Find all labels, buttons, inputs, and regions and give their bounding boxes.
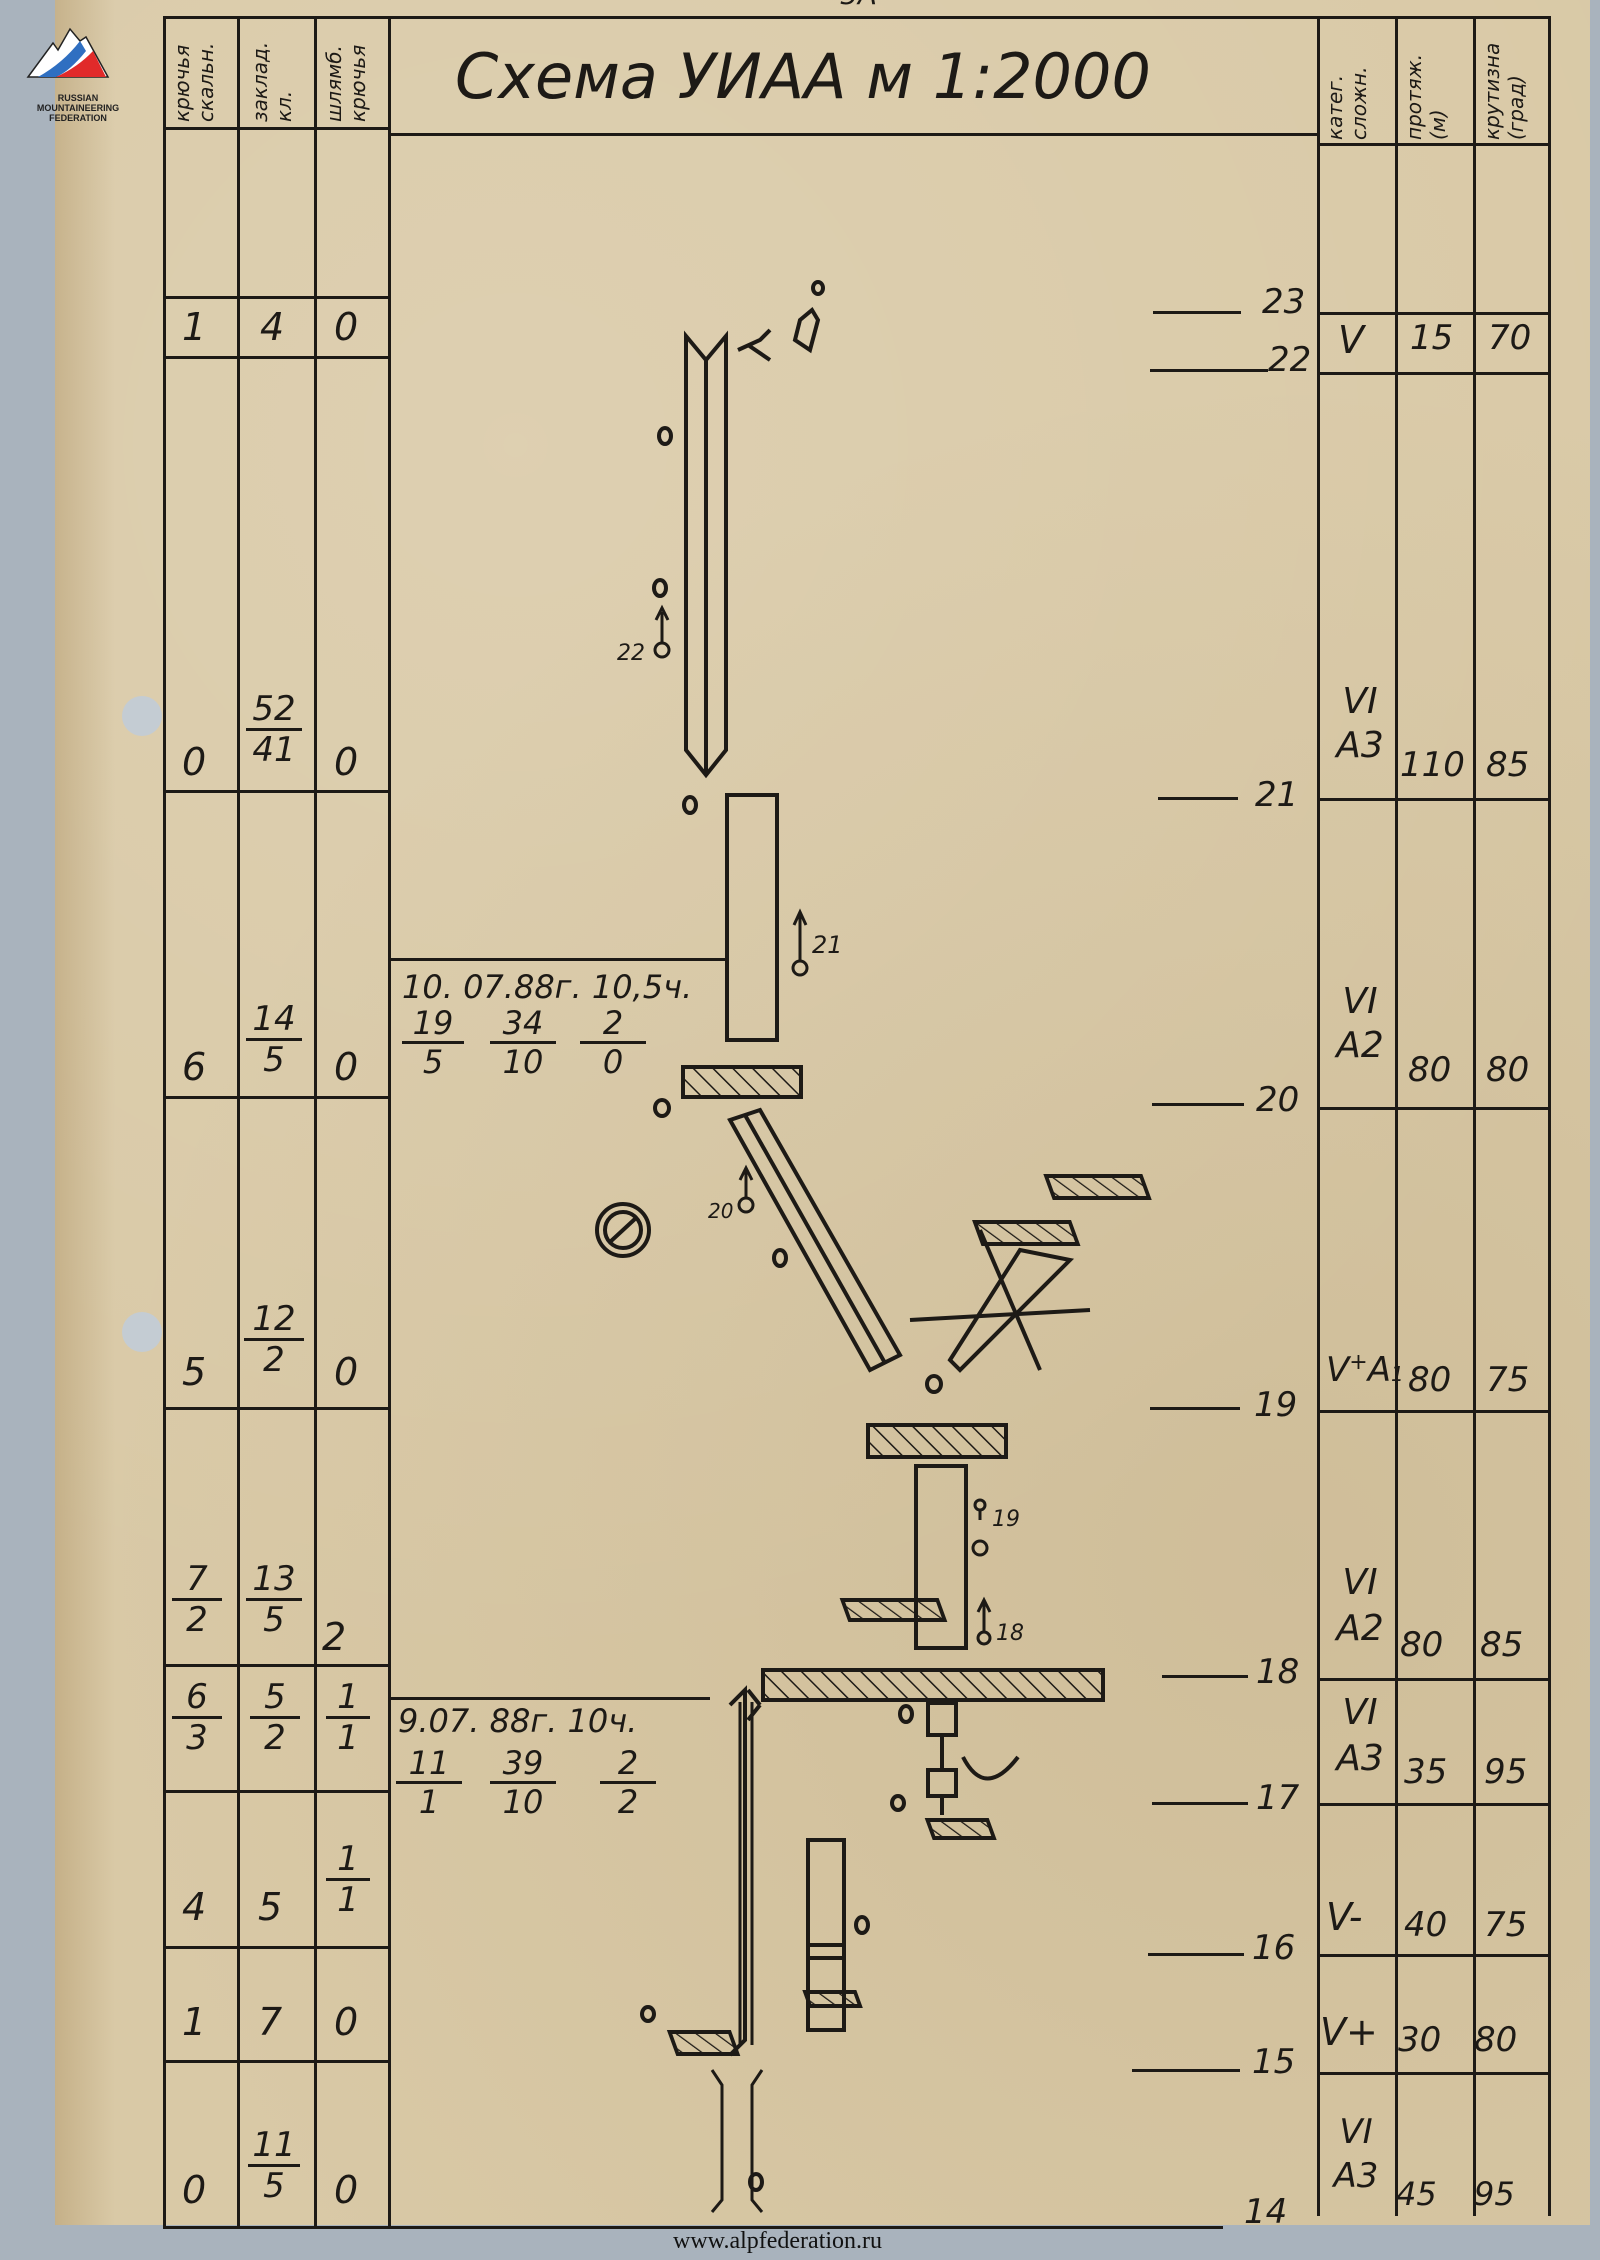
ledge-icon [868, 1425, 1006, 1457]
piton-icon [927, 1376, 941, 1392]
piton-icon [856, 1917, 868, 1933]
station-label-19: 19 [992, 1507, 1020, 1532]
station-label-18: 18 [996, 1621, 1024, 1646]
piton-icon [813, 282, 823, 294]
piton-icon [892, 1796, 904, 1810]
station-label-21: 21 [812, 931, 843, 959]
piton-icon [684, 797, 696, 813]
station-label-22: 22 [617, 641, 645, 666]
station-label-20: 20 [708, 1199, 733, 1223]
piton-icon [750, 2174, 762, 2190]
piton-icon [900, 1706, 912, 1722]
piton-icon [654, 580, 666, 596]
piton-icon [774, 1250, 786, 1266]
ice-icon [795, 310, 818, 350]
piton-icon [642, 2007, 654, 2021]
piton-icon [655, 1100, 669, 1116]
route-topo-diagram: 22 21 20 19 18 [0, 0, 1600, 2260]
piton-icon [659, 428, 671, 444]
big-ledge-icon [763, 1670, 1103, 1700]
chimney-icon [727, 795, 777, 1040]
footer-url: www.alpfederation.ru [673, 2228, 882, 2255]
ledge-icon [683, 1067, 801, 1097]
